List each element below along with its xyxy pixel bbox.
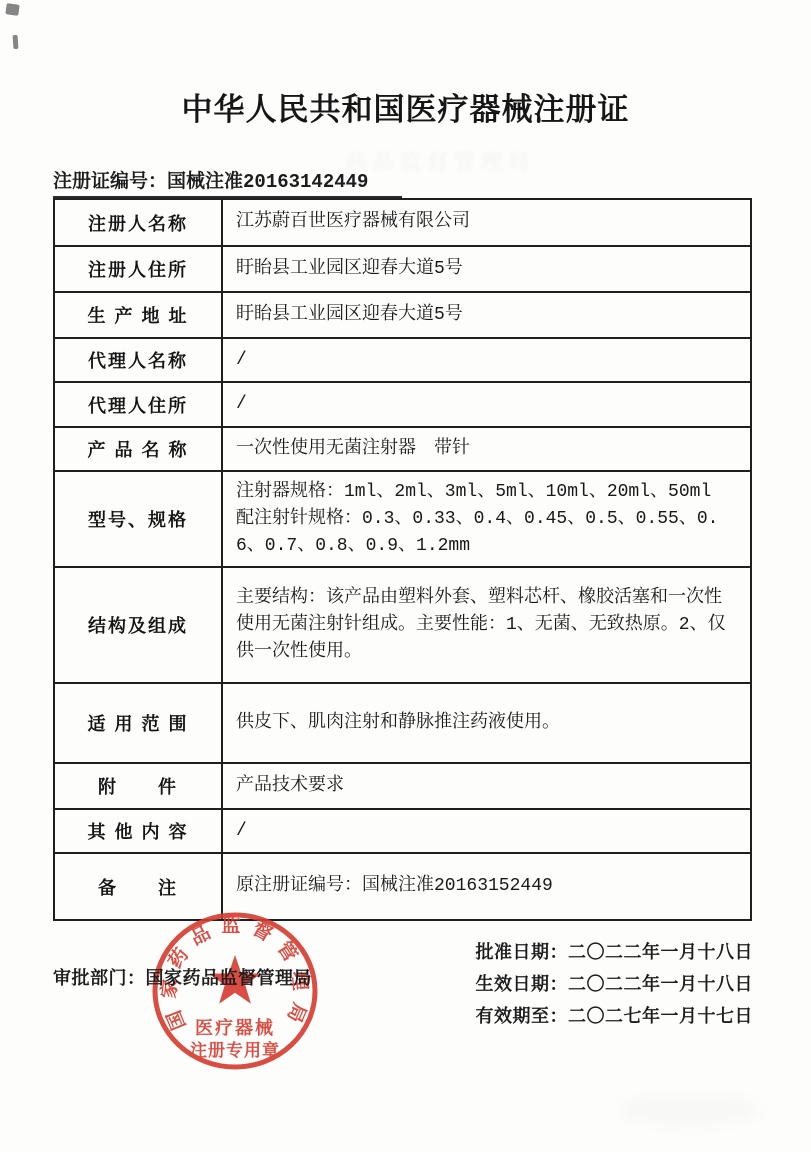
expiry-date-value: 二〇二七年一月十七日 — [568, 1006, 753, 1026]
row-label: 附 件 — [55, 764, 223, 808]
table-row: 结构及组成 主要结构：该产品由塑料外套、塑料芯杆、橡胶活塞和一次性使用无菌注射针… — [55, 566, 750, 682]
table-row: 备 注 原注册证编号：国械注准20163152449 — [55, 852, 750, 919]
approval-department-label: 审批部门： — [53, 968, 146, 988]
dates-block: 批准日期：二〇二二年一月十八日 生效日期：二〇二二年一月十八日 有效期至：二〇二… — [476, 936, 754, 1032]
stamp-line1: 医疗器械 — [195, 1017, 275, 1038]
stamp-ring — [155, 915, 315, 1067]
table-row: 其 他 内 容 / — [55, 808, 750, 852]
official-red-stamp: 国家药品监督管理局 医疗器械 注册专用章 — [150, 906, 320, 1076]
table-row: 适 用 范 围 供皮下、肌肉注射和静脉推注药液使用。 — [55, 682, 750, 762]
table-row: 代理人住所 / — [55, 381, 750, 426]
row-value: / — [223, 383, 750, 426]
effective-date-line: 生效日期：二〇二二年一月十八日 — [476, 968, 754, 1000]
row-label: 注册人住所 — [55, 247, 223, 291]
row-label: 型号、规格 — [55, 472, 223, 566]
row-value: 盱眙县工业园区迎春大道5号 — [223, 247, 750, 291]
row-value: 盱眙县工业园区迎春大道5号 — [223, 293, 750, 337]
expiry-date-label: 有效期至： — [476, 1006, 569, 1026]
row-value: / — [223, 810, 750, 852]
row-label: 代理人住所 — [55, 383, 223, 426]
table-row: 型号、规格 注射器规格：1ml、2ml、3ml、5ml、10ml、20ml、50… — [55, 470, 750, 566]
row-label: 产 品 名 称 — [55, 428, 223, 470]
approval-department-line: 审批部门：国家药品监督管理局 — [53, 964, 312, 990]
row-label: 生 产 地 址 — [55, 293, 223, 337]
table-row: 生 产 地 址 盱眙县工业园区迎春大道5号 — [55, 291, 750, 337]
approval-department-value: 国家药品监督管理局 — [146, 968, 313, 988]
expiry-date-line: 有效期至：二〇二七年一月十七日 — [476, 1000, 754, 1032]
row-value: 注射器规格：1ml、2ml、3ml、5ml、10ml、20ml、50ml 配注射… — [223, 472, 750, 566]
approval-date-line: 批准日期：二〇二二年一月十八日 — [476, 936, 754, 968]
table-row: 产 品 名 称 一次性使用无菌注射器 带针 — [55, 426, 750, 470]
row-label: 代理人名称 — [55, 339, 223, 381]
registration-number-line: 注册证编号：国械注准20163142449 — [53, 166, 402, 198]
row-value: 江苏蔚百世医疗器械有限公司 — [223, 200, 750, 245]
row-label: 注册人名称 — [55, 200, 223, 245]
scan-artifact — [5, 3, 19, 16]
table-row: 附 件 产品技术要求 — [55, 762, 750, 808]
row-value: 一次性使用无菌注射器 带针 — [223, 428, 750, 470]
approval-date-value: 二〇二二年一月十八日 — [568, 942, 753, 962]
row-value: / — [223, 339, 750, 381]
effective-date-label: 生效日期： — [476, 974, 569, 994]
row-value: 原注册证编号：国械注准20163152449 — [223, 854, 750, 919]
stamp-line2: 注册专用章 — [190, 1040, 280, 1060]
row-value: 主要结构：该产品由塑料外套、塑料芯杆、橡胶活塞和一次性使用无菌注射针组成。主要性… — [223, 568, 750, 682]
scan-smudge — [620, 1095, 760, 1125]
row-value: 供皮下、肌肉注射和静脉推注药液使用。 — [223, 684, 750, 762]
row-label: 其 他 内 容 — [55, 810, 223, 852]
table-row: 注册人住所 盱眙县工业园区迎春大道5号 — [55, 245, 750, 291]
table-row: 注册人名称 江苏蔚百世医疗器械有限公司 — [55, 200, 750, 245]
scan-artifact — [13, 35, 19, 49]
row-label: 结构及组成 — [55, 568, 223, 682]
row-value: 产品技术要求 — [223, 764, 750, 808]
row-label: 备 注 — [55, 854, 223, 919]
certificate-table: 注册人名称 江苏蔚百世医疗器械有限公司 注册人住所 盱眙县工业园区迎春大道5号 … — [53, 198, 752, 921]
registration-number-label: 注册证编号： — [53, 171, 167, 192]
table-row: 代理人名称 / — [55, 337, 750, 381]
registration-number-value: 国械注准20163142449 — [167, 171, 368, 193]
page-title: 中华人民共和国医疗器械注册证 — [0, 84, 811, 129]
row-label: 适 用 范 围 — [55, 684, 223, 762]
approval-date-label: 批准日期： — [476, 942, 569, 962]
effective-date-value: 二〇二二年一月十八日 — [568, 974, 753, 994]
